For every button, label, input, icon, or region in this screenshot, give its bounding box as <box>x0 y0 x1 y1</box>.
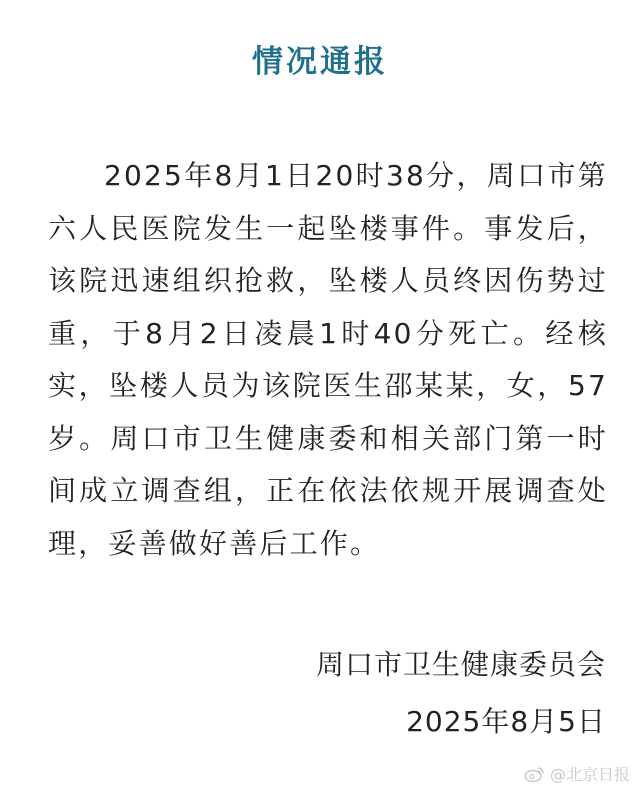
issue-date: 2025年8月5日 <box>406 702 606 742</box>
watermark: @北京日报 <box>524 762 630 785</box>
notice-body: 2025年8月1日20时38分，周口市第六人民医院发生一起坠楼事件。事发后，该院… <box>48 150 608 570</box>
weibo-icon <box>524 765 546 783</box>
issuing-organization: 周口市卫生健康委员会 <box>316 645 606 685</box>
watermark-text: @北京日报 <box>550 762 630 785</box>
document-title: 情况通报 <box>0 40 640 84</box>
